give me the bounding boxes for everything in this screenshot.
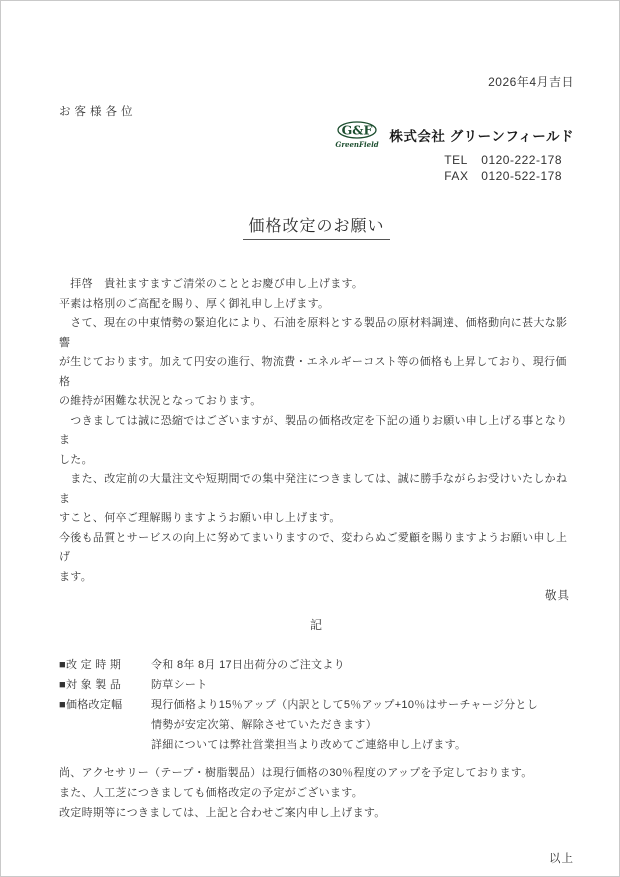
note-line: 改定時期等につきましては、上記と合わせご案内申し上げます。 [59, 803, 574, 823]
item-value: 現行価格より15％アップ（内訳として5％アップ+10％はサーチャージ分とし 情勢… [151, 695, 574, 755]
body-line: また、改定前の大量注文や短期間での集中発注につきましては、誠に勝手ながらお受けい… [59, 470, 574, 509]
fax-line: FAX 0120-522-178 [444, 168, 562, 184]
item-target-product: ■対 象 製 品 防草シート [59, 675, 574, 695]
body-line: 拝啓 貴社ますますご清栄のこととお慶び申し上げます。 [59, 275, 574, 295]
tel-line: TEL 0120-222-178 [444, 152, 562, 168]
recipient: お客様各位 [59, 104, 574, 120]
body-line: の維持が困難な状況となっております。 [59, 392, 574, 412]
greenfield-logo-icon: G&F GreenField [334, 120, 384, 150]
additional-notes: 尚、アクセサリー（テープ・樹脂製品）は現行価格の30％程度のアップを予定しており… [59, 763, 574, 823]
document-page: 2026年4月吉日 お客様各位 G&F GreenField 株式会社 グリーン… [0, 0, 620, 877]
revision-details: ■改 定 時 期 令和 8年 8月 17日出荷分のご注文より ■対 象 製 品 … [59, 655, 574, 755]
item-value-line: 令和 8年 8月 17日出荷分のご注文より [151, 655, 574, 675]
note-line: また、人工芝につきましても価格改定の予定がございます。 [59, 783, 574, 803]
document-title: 価格改定のお願い [243, 213, 389, 240]
tel-label: TEL [444, 152, 481, 168]
document-date: 2026年4月吉日 [59, 74, 574, 90]
body-line: つきましては誠に恐縮ではございますが、製品の価格改定を下記の通りお願い申し上げる… [59, 412, 574, 451]
body-line: すこと、何卒ご理解賜りますようお願い申し上げます。 [59, 509, 574, 529]
item-label: ■改 定 時 期 [59, 655, 151, 675]
company-row: G&F GreenField 株式会社 グリーンフィールド [59, 120, 574, 150]
record-heading: 記 [59, 617, 574, 633]
item-value: 令和 8年 8月 17日出荷分のご注文より [151, 655, 574, 675]
tel-number: 0120-222-178 [481, 152, 562, 168]
contact-block: TEL 0120-222-178 FAX 0120-522-178 [59, 152, 562, 185]
body-line: が生じております。加えて円安の進行、物流費・エネルギーコスト等の価格も上昇してお… [59, 353, 574, 392]
company-block: G&F GreenField 株式会社 グリーンフィールド TEL 0120-2… [59, 120, 574, 185]
note-line: 尚、アクセサリー（テープ・樹脂製品）は現行価格の30％程度のアップを予定しており… [59, 763, 574, 783]
body-line: した。 [59, 451, 574, 471]
item-label: ■価格改定幅 [59, 695, 151, 755]
end-mark: 以上 [59, 851, 574, 867]
title-wrap: 価格改定のお願い [59, 213, 574, 239]
item-value-line: 現行価格より15％アップ（内訳として5％アップ+10％はサーチャージ分とし [151, 695, 574, 715]
item-value: 防草シート [151, 675, 574, 695]
closing-word: 敬具 [59, 587, 570, 607]
item-label: ■対 象 製 品 [59, 675, 151, 695]
fax-label: FAX [444, 168, 481, 184]
letter-body: 拝啓 貴社ますますご清栄のこととお慶び申し上げます。 平素は格別のご高配を賜り、… [59, 275, 574, 587]
item-price-change-range: ■価格改定幅 現行価格より15％アップ（内訳として5％アップ+10％はサーチャー… [59, 695, 574, 755]
item-value-line: 詳細については弊社営業担当より改めてご連絡申し上げます。 [151, 735, 574, 755]
contact-lines: TEL 0120-222-178 FAX 0120-522-178 [444, 152, 562, 184]
body-line: 平素は格別のご高配を賜り、厚く御礼申し上げます。 [59, 295, 574, 315]
item-value-line: 情勢が安定次第、解除させていただきます） [151, 715, 574, 735]
item-value-line: 防草シート [151, 675, 574, 695]
company-name: 株式会社 グリーンフィールド [389, 125, 574, 145]
body-line: 今後も品質とサービスの向上に努めてまいりますので、変わらぬご愛顧を賜りますようお… [59, 529, 574, 568]
logo-monogram-text: G&F [342, 123, 373, 138]
logo-script-text: GreenField [336, 140, 379, 149]
fax-number: 0120-522-178 [481, 168, 562, 184]
body-line: さて、現在の中東情勢の緊迫化により、石油を原料とする製品の原材料調達、価格動向に… [59, 314, 574, 353]
item-revision-date: ■改 定 時 期 令和 8年 8月 17日出荷分のご注文より [59, 655, 574, 675]
body-line: ます。 [59, 568, 574, 588]
